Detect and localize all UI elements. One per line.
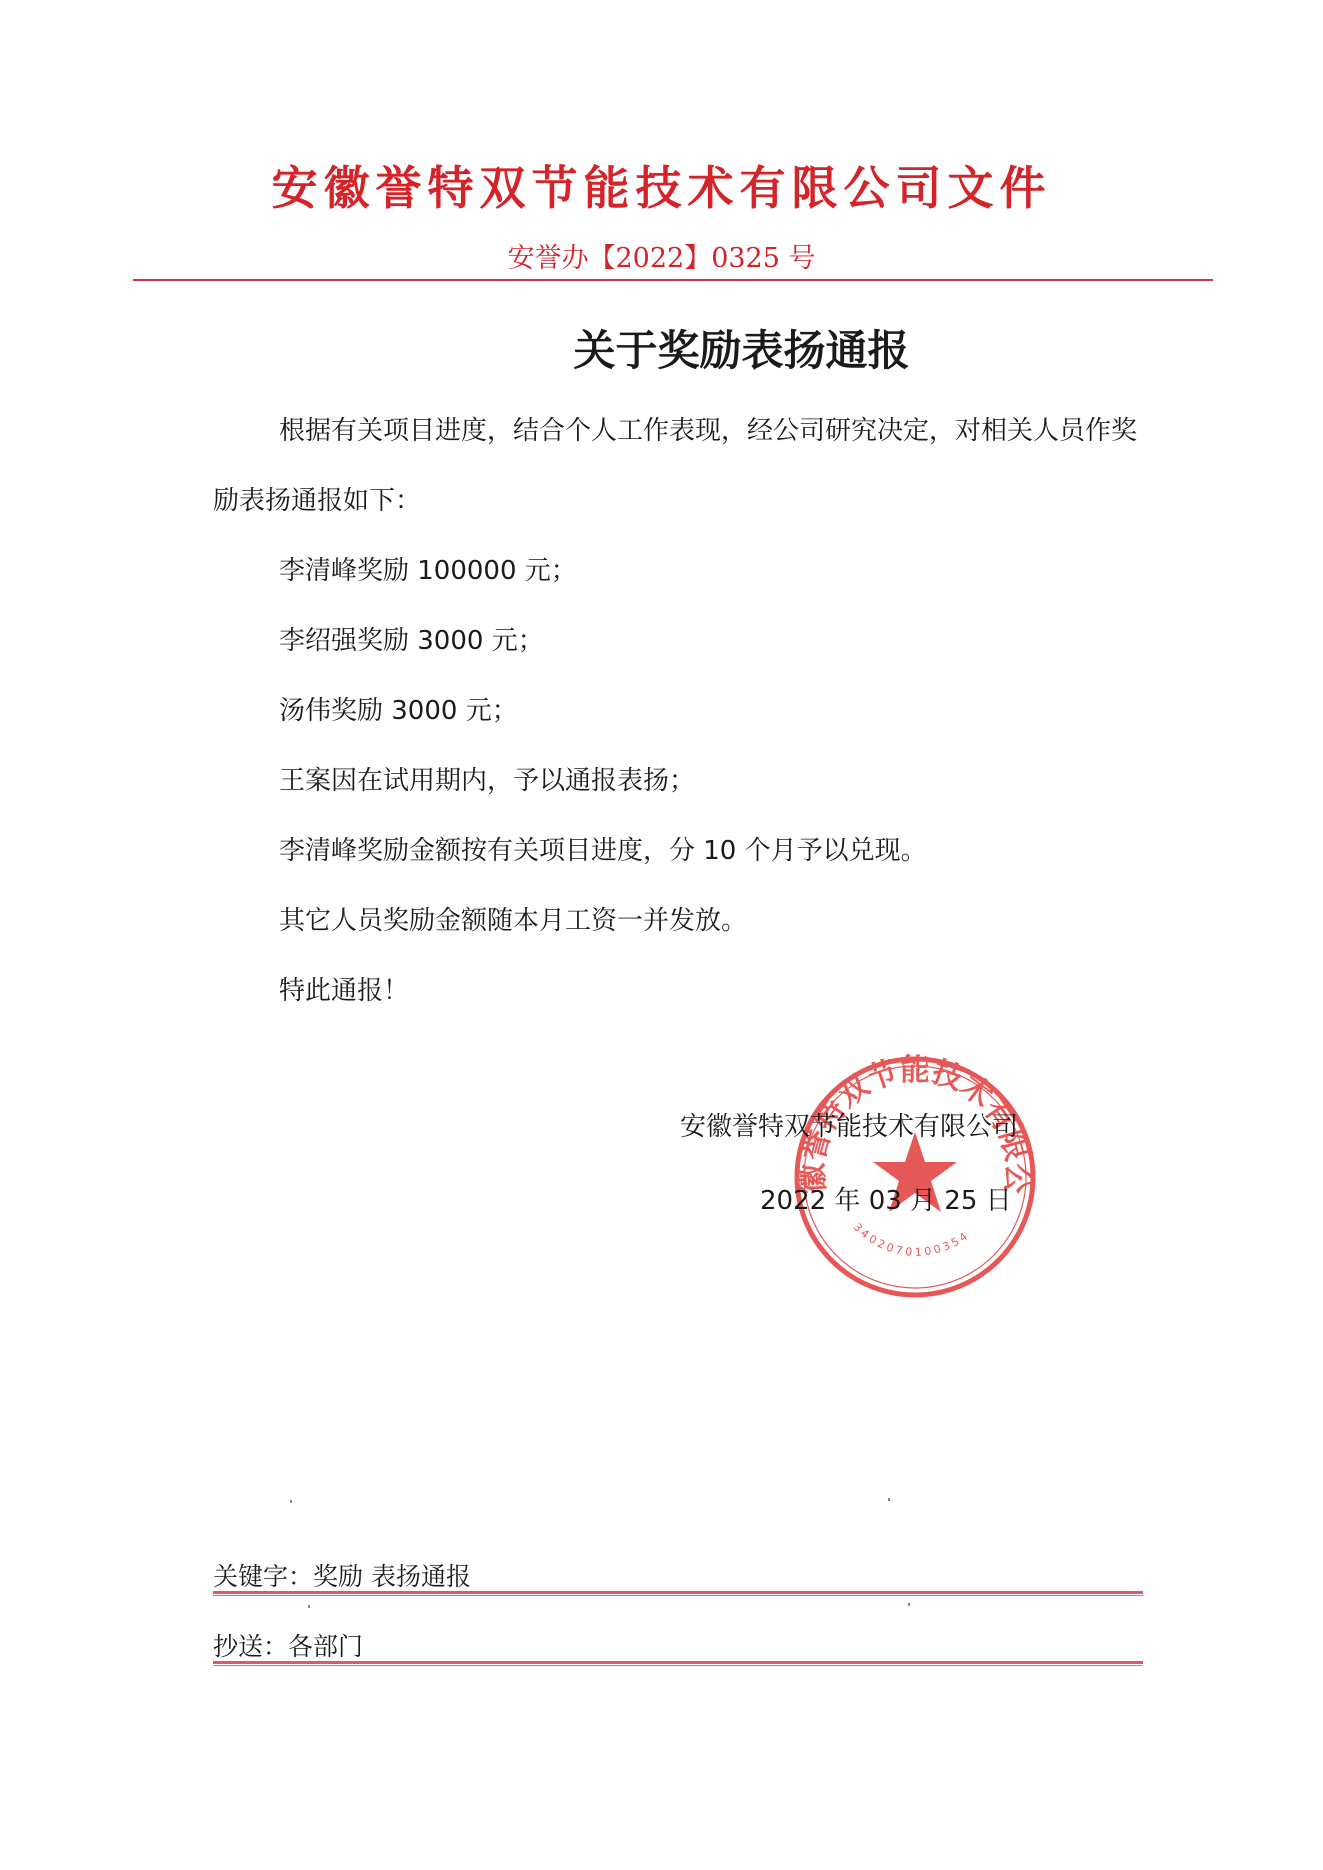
header-divider [133, 279, 1213, 281]
notice-item: 李清峰奖励金额按有关项目进度，分 10 个月予以兑现。 [213, 816, 1143, 886]
scan-speck [290, 1500, 292, 1503]
cc-label: 抄送：各部门 [213, 1627, 363, 1663]
scan-speck [888, 1498, 890, 1501]
signature-date: 2022 年 03 月 25 日 [760, 1180, 1012, 1217]
scan-speck [908, 1603, 910, 1606]
notice-item: 汤伟奖励 3000 元； [213, 676, 1143, 746]
footer-divider [213, 1665, 1143, 1666]
document-header-title: 安徽誉特双节能技术有限公司文件 [0, 152, 1323, 218]
keywords-row: 关键字：奖励 表扬通报 [213, 1555, 1143, 1595]
signature-company: 安徽誉特双节能技术有限公司 [680, 1106, 1018, 1143]
notice-title: 关于奖励表扬通报 [0, 318, 1323, 378]
notice-item: 王案因在试用期内，予以通报表扬； [213, 746, 1143, 816]
notice-item: 李绍强奖励 3000 元； [213, 606, 1143, 676]
notice-item: 李清峰奖励 100000 元； [213, 536, 1143, 606]
svg-text:3402070100354: 3402070100354 [851, 1220, 973, 1258]
cc-row: 抄送：各部门 [213, 1625, 1143, 1665]
notice-body: 根据有关项目进度，结合个人工作表现，经公司研究决定，对相关人员作奖励表扬通报如下… [213, 396, 1143, 1026]
company-seal-icon: 安徽誉特双节能技术有限公司 3402070100354 [790, 1052, 1040, 1302]
notice-item: 特此通报！ [213, 956, 1143, 1026]
footer-divider [213, 1661, 1143, 1664]
footer-divider [213, 1591, 1143, 1594]
notice-item: 其它人员奖励金额随本月工资一并发放。 [213, 886, 1143, 956]
document-number: 安誉办【2022】0325 号 [0, 236, 1323, 275]
intro-paragraph: 根据有关项目进度，结合个人工作表现，经公司研究决定，对相关人员作奖励表扬通报如下… [213, 396, 1143, 536]
scan-speck [308, 1605, 310, 1608]
seal-code: 3402070100354 [851, 1220, 973, 1258]
keywords-label: 关键字：奖励 表扬通报 [213, 1557, 471, 1593]
footer-divider [213, 1595, 1143, 1596]
